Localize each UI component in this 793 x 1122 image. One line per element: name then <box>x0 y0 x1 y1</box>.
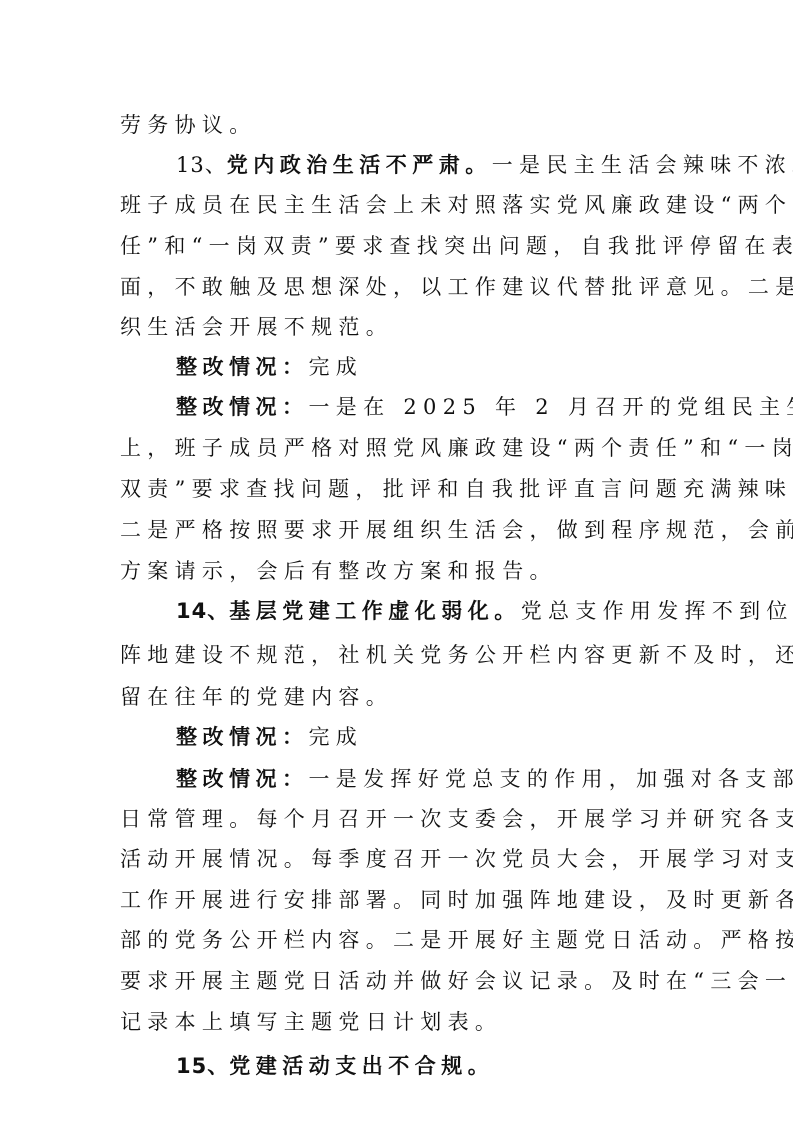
item-problem-text: 一是民主生活会辣味不浓。 <box>492 153 793 177</box>
detail-label: 整改情况： <box>176 767 309 791</box>
detail-text: 一是在 2025 年 2 月召开的党组民主生活会 <box>309 395 793 419</box>
item-13-heading: 13、党内政治生活不严肃。一是民主生活会辣味不浓。 <box>176 151 676 179</box>
item-problem-text: 党总支作用发挥不到位， <box>521 599 793 623</box>
item-14-detail: 整改情况：一是发挥好党总支的作用，加强对各支部的 <box>176 765 676 793</box>
item-13-detail-line: 二是严格按照要求开展组织生活会，做到程序规范，会前有 <box>120 516 676 544</box>
item-14-detail-line: 要求开展主题党日活动并做好会议记录。及时在“三会一课” <box>120 967 676 995</box>
detail-text: 一是发挥好党总支的作用，加强对各支部的 <box>309 767 793 791</box>
document-page: 劳务协议。 13、党内政治生活不严肃。一是民主生活会辣味不浓。 班子成员在民主生… <box>0 0 793 1122</box>
detail-label: 整改情况： <box>176 395 309 419</box>
item-13-status: 整改情况：完成 <box>176 353 676 381</box>
item-14-detail-line: 活动开展情况。每季度召开一次党员大会，开展学习对支部 <box>120 845 676 873</box>
item-number: 15、 <box>176 1054 229 1078</box>
item-14-detail-line: 部的党务公开栏内容。二是开展好主题党日活动。严格按照 <box>120 926 676 954</box>
item-13-detail-line: 双责”要求查找问题，批评和自我批评直言问题充满辣味。 <box>120 475 676 503</box>
item-15-heading: 15、党建活动支出不合规。 <box>176 1052 676 1080</box>
paragraph-tail: 劳务协议。 <box>120 111 676 139</box>
item-13-detail: 整改情况：一是在 2025 年 2 月召开的党组民主生活会 <box>176 393 676 421</box>
item-14-heading: 14、基层党建工作虚化弱化。党总支作用发挥不到位， <box>176 597 676 625</box>
item-title: 党建活动支出不合规。 <box>229 1054 494 1078</box>
item-title: 基层党建工作虚化弱化。 <box>229 599 521 623</box>
item-14-status: 整改情况：完成 <box>176 723 676 751</box>
item-number: 13、 <box>176 153 227 177</box>
item-13-detail-line: 上，班子成员严格对照党风廉政建设“两个责任”和“一岗 <box>120 434 676 462</box>
item-number: 14、 <box>176 599 229 623</box>
item-14-problem-line: 阵地建设不规范，社机关党务公开栏内容更新不及时，还停 <box>120 641 676 669</box>
status-label: 整改情况： <box>176 355 309 379</box>
item-13-detail-line: 方案请示，会后有整改方案和报告。 <box>120 557 676 585</box>
item-13-problem-line: 面，不敢触及思想深处，以工作建议代替批评意见。二是组 <box>120 273 676 301</box>
item-13-problem-line: 任”和“一岗双责”要求查找突出问题，自我批评停留在表 <box>120 232 676 260</box>
status-value: 完成 <box>309 355 364 379</box>
item-14-detail-line: 日常管理。每个月召开一次支委会，开展学习并研究各支部 <box>120 805 676 833</box>
status-value: 完成 <box>309 725 364 749</box>
item-13-problem-line: 班子成员在民主生活会上未对照落实党风廉政建设“两个责 <box>120 191 676 219</box>
item-14-detail-line: 工作开展进行安排部署。同时加强阵地建设，及时更新各支 <box>120 886 676 914</box>
item-14-problem-line: 留在往年的党建内容。 <box>120 683 676 711</box>
item-14-detail-line: 记录本上填写主题党日计划表。 <box>120 1008 676 1036</box>
item-13-problem-line: 织生活会开展不规范。 <box>120 313 676 341</box>
item-title: 党内政治生活不严肃。 <box>227 153 492 177</box>
status-label: 整改情况： <box>176 725 309 749</box>
